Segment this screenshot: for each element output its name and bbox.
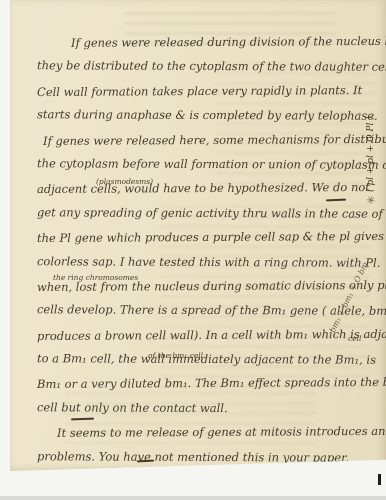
handwritten-line: Cell wall formation takes place very rap…	[37, 78, 376, 104]
scan-edge-mark	[378, 474, 381, 485]
handwritten-line: problems. You have not mentioned this in…	[37, 444, 376, 470]
scan-bottom-edge	[0, 496, 386, 500]
handwritten-line: they be distributed to the cytoplasm of …	[37, 54, 376, 80]
insertion-bm-cell: of the bm₁ cell	[148, 351, 203, 360]
handwritten-line: the cytoplasm before wall formation or u…	[37, 151, 376, 177]
handwritten-line: It seems to me release of genes at mitos…	[37, 419, 376, 445]
handwritten-line: to a Bm₁ cell, the wall immediately adja…	[37, 346, 376, 372]
handwritten-line: If genes were released during division o…	[37, 29, 376, 55]
handwritten-text-block: If genes were released during division o…	[37, 30, 376, 469]
handwritten-line: cells develop. There is a spread of the …	[37, 298, 376, 324]
handwritten-line: colorless sap. I have tested this with a…	[37, 249, 376, 275]
handwritten-line: adjacent cells, would have to be hypothe…	[37, 175, 376, 201]
insertion-cell: cell	[348, 334, 361, 343]
handwritten-line: produces a brown cell wall). In a cell w…	[37, 322, 376, 348]
handwritten-line: If genes were released here, some mechan…	[37, 127, 376, 153]
handwritten-line: get any spreading of genic activity thru…	[37, 200, 376, 226]
margin-note-formula: ( pl + pl + O Pl )	[363, 22, 379, 192]
manuscript-paper: If genes were released during division o…	[10, 0, 386, 471]
handwritten-line: the Pl gene which produces a purple cell…	[37, 224, 376, 250]
handwritten-line: starts during anaphase & is completed by…	[37, 102, 376, 128]
scanned-page: If genes were released during division o…	[0, 0, 386, 500]
insertion-ring-chromosomes: the ring chromosomes	[53, 273, 138, 282]
handwritten-line: Bm₁ or a very diluted bm₁. The Bm₁ effec…	[37, 370, 376, 396]
insertion-plasmodesms: (plasmodesms)	[96, 177, 153, 186]
